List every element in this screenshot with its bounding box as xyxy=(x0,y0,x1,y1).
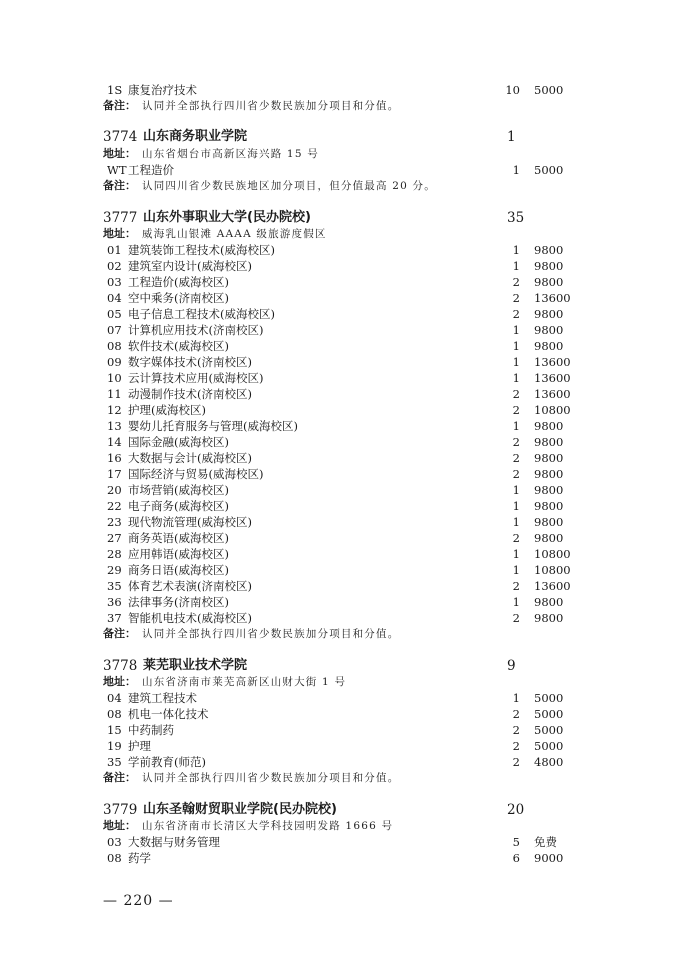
table-row: 08机电一体化技术25000 xyxy=(0,706,680,722)
major-code: 27 xyxy=(107,530,122,546)
major-name: 学前教育(师范) xyxy=(128,754,206,770)
major-code: 36 xyxy=(107,594,122,610)
major-name: 电子信息工程技术(威海校区) xyxy=(128,306,275,322)
major-code: 10 xyxy=(107,370,122,386)
address-line: 地址： 山东省济南市长清区大学科技园明发路 1666 号 xyxy=(0,818,680,834)
major-count: 1 xyxy=(480,514,520,530)
note-label: 备注： xyxy=(103,770,136,786)
major-fee: 9800 xyxy=(534,306,563,322)
note-text: 认同四川省少数民族地区加分项目，但分值最高 20 分。 xyxy=(142,178,436,194)
major-name: 机电一体化技术 xyxy=(128,706,209,722)
table-row: 10云计算技术应用(威海校区)113600 xyxy=(0,370,680,386)
major-count: 1 xyxy=(480,690,520,706)
school-header: 3777 山东外事职业大学(民办院校) 35 xyxy=(0,208,680,228)
major-name: 国际经济与贸易(威海校区) xyxy=(128,466,263,482)
major-code: 16 xyxy=(107,450,122,466)
major-code: 03 xyxy=(107,274,122,290)
table-row: 03工程造价(威海校区)29800 xyxy=(0,274,680,290)
major-name: 护理 xyxy=(128,738,151,754)
major-fee: 10800 xyxy=(534,546,571,562)
major-name: 现代物流管理(威海校区) xyxy=(128,514,252,530)
major-code: 02 xyxy=(107,258,122,274)
table-row: 36法律事务(济南校区)19800 xyxy=(0,594,680,610)
note-label: 备注： xyxy=(103,626,136,642)
note-text: 认同并全部执行四川省少数民族加分项目和分值。 xyxy=(142,770,399,786)
note-line: 备注： 认同并全部执行四川省少数民族加分项目和分值。 xyxy=(0,626,680,642)
major-code: 22 xyxy=(107,498,122,514)
major-code: 08 xyxy=(107,338,122,354)
table-row: 17国际经济与贸易(威海校区)29800 xyxy=(0,466,680,482)
school-header: 3778 莱芜职业技术学院 9 xyxy=(0,656,680,676)
major-code: 35 xyxy=(107,754,122,770)
major-count: 2 xyxy=(480,450,520,466)
major-name: 康复治疗技术 xyxy=(128,82,197,98)
school-header: 3774 山东商务职业学院 1 xyxy=(0,127,680,147)
major-fee: 9800 xyxy=(534,498,563,514)
major-code: 37 xyxy=(107,610,122,626)
major-code: 09 xyxy=(107,354,122,370)
school-name: 山东圣翰财贸职业学院(民办院校) xyxy=(143,800,337,820)
major-count: 2 xyxy=(480,578,520,594)
major-count: 2 xyxy=(480,274,520,290)
major-code: 08 xyxy=(107,850,122,866)
major-count: 2 xyxy=(480,434,520,450)
major-count: 1 xyxy=(480,418,520,434)
address-text: 山东省济南市莱芜高新区山财大街 1 号 xyxy=(142,674,346,690)
table-row: WT 工程造价 1 5000 xyxy=(0,162,680,178)
major-fee: 4800 xyxy=(534,754,563,770)
major-count: 2 xyxy=(480,722,520,738)
table-row: 15中药制药25000 xyxy=(0,722,680,738)
school-count: 35 xyxy=(507,208,524,228)
address-text: 山东省烟台市高新区海兴路 15 号 xyxy=(142,146,319,162)
school-code: 3779 xyxy=(103,800,137,820)
major-fee: 9800 xyxy=(534,450,563,466)
page-number: — 220 — xyxy=(103,893,174,909)
table-row: 04建筑工程技术15000 xyxy=(0,690,680,706)
major-fee: 5000 xyxy=(534,706,563,722)
address-label: 地址： xyxy=(103,818,136,834)
note-line: 备注： 认同四川省少数民族地区加分项目，但分值最高 20 分。 xyxy=(0,178,680,194)
major-fee: 9000 xyxy=(534,850,563,866)
major-count: 2 xyxy=(480,754,520,770)
major-code: 14 xyxy=(107,434,122,450)
major-fee: 5000 xyxy=(534,162,563,178)
major-name: 建筑工程技术 xyxy=(128,690,197,706)
table-row: 12护理(威海校区)210800 xyxy=(0,402,680,418)
note-line: 备注： 认同并全部执行四川省少数民族加分项目和分值。 xyxy=(0,98,680,114)
address-label: 地址： xyxy=(103,226,136,242)
major-fee: 9800 xyxy=(534,338,563,354)
major-fee: 5000 xyxy=(534,722,563,738)
major-fee: 10800 xyxy=(534,562,571,578)
school-count: 1 xyxy=(507,127,516,147)
major-count: 1 xyxy=(480,322,520,338)
major-fee: 9800 xyxy=(534,466,563,482)
table-row: 19护理25000 xyxy=(0,738,680,754)
school-name: 莱芜职业技术学院 xyxy=(143,656,247,676)
major-name: 大数据与财务管理 xyxy=(128,834,220,850)
address-line: 地址： 山东省济南市莱芜高新区山财大街 1 号 xyxy=(0,674,680,690)
major-count: 1 xyxy=(480,354,520,370)
major-name: 建筑室内设计(威海校区) xyxy=(128,258,252,274)
major-code: 29 xyxy=(107,562,122,578)
table-row: 37智能机电技术(威海校区)29800 xyxy=(0,610,680,626)
major-fee: 9800 xyxy=(534,242,563,258)
table-row: 27商务英语(威海校区)29800 xyxy=(0,530,680,546)
major-count: 2 xyxy=(480,402,520,418)
major-count: 2 xyxy=(480,530,520,546)
major-fee: 9800 xyxy=(534,274,563,290)
major-fee: 13600 xyxy=(534,578,571,594)
major-name: 工程造价(威海校区) xyxy=(128,274,229,290)
major-code: 20 xyxy=(107,482,122,498)
major-name: 云计算技术应用(威海校区) xyxy=(128,370,263,386)
major-name: 国际金融(威海校区) xyxy=(128,434,229,450)
major-name: 法律事务(济南校区) xyxy=(128,594,229,610)
major-code: 11 xyxy=(107,386,122,402)
major-code: 28 xyxy=(107,546,122,562)
table-row: 22电子商务(威海校区)19800 xyxy=(0,498,680,514)
major-count: 1 xyxy=(480,498,520,514)
major-code: 04 xyxy=(107,690,122,706)
major-code: 01 xyxy=(107,242,122,258)
school-code: 3777 xyxy=(103,208,137,228)
major-fee: 9800 xyxy=(534,482,563,498)
major-name: 动漫制作技术(济南校区) xyxy=(128,386,252,402)
major-code: 13 xyxy=(107,418,122,434)
major-count: 5 xyxy=(480,834,520,850)
major-code: 17 xyxy=(107,466,122,482)
major-name: 体育艺术表演(济南校区) xyxy=(128,578,252,594)
major-name: 药学 xyxy=(128,850,151,866)
major-count: 1 xyxy=(480,562,520,578)
major-fee: 9800 xyxy=(534,530,563,546)
table-row: 01建筑装饰工程技术(威海校区)19800 xyxy=(0,242,680,258)
major-name: 大数据与会计(威海校区) xyxy=(128,450,252,466)
table-row: 08药学69000 xyxy=(0,850,680,866)
major-code: 1S xyxy=(107,82,122,98)
table-row: 13婴幼儿托育服务与管理(威海校区)19800 xyxy=(0,418,680,434)
table-row: 1S 康复治疗技术 10 5000 xyxy=(0,82,680,98)
table-row: 02建筑室内设计(威海校区)19800 xyxy=(0,258,680,274)
major-fee: 9800 xyxy=(534,258,563,274)
major-count: 10 xyxy=(480,82,520,98)
major-count: 1 xyxy=(480,370,520,386)
major-fee: 13600 xyxy=(534,386,571,402)
table-row: 08软件技术(威海校区)19800 xyxy=(0,338,680,354)
school-name: 山东外事职业大学(民办院校) xyxy=(143,208,311,228)
major-fee: 5000 xyxy=(534,738,563,754)
note-text: 认同并全部执行四川省少数民族加分项目和分值。 xyxy=(142,626,399,642)
table-row: 03大数据与财务管理5免费 xyxy=(0,834,680,850)
address-label: 地址： xyxy=(103,674,136,690)
major-code: 08 xyxy=(107,706,122,722)
major-code: 07 xyxy=(107,322,122,338)
major-name: 智能机电技术(威海校区) xyxy=(128,610,252,626)
major-name: 工程造价 xyxy=(128,162,174,178)
major-fee: 10800 xyxy=(534,402,571,418)
major-count: 2 xyxy=(480,386,520,402)
major-count: 2 xyxy=(480,290,520,306)
major-count: 2 xyxy=(480,466,520,482)
address-label: 地址： xyxy=(103,146,136,162)
major-name: 软件技术(威海校区) xyxy=(128,338,229,354)
major-fee: 13600 xyxy=(534,370,571,386)
major-fee: 9800 xyxy=(534,514,563,530)
major-fee: 9800 xyxy=(534,610,563,626)
table-row: 35体育艺术表演(济南校区)213600 xyxy=(0,578,680,594)
major-name: 计算机应用技术(济南校区) xyxy=(128,322,263,338)
major-count: 2 xyxy=(480,706,520,722)
school-name: 山东商务职业学院 xyxy=(143,127,247,147)
major-code: 03 xyxy=(107,834,122,850)
major-fee: 9800 xyxy=(534,418,563,434)
major-count: 1 xyxy=(480,338,520,354)
document-page: 1S 康复治疗技术 10 5000 备注： 认同并全部执行四川省少数民族加分项目… xyxy=(0,0,680,961)
major-name: 建筑装饰工程技术(威海校区) xyxy=(128,242,275,258)
major-fee: 5000 xyxy=(534,690,563,706)
major-code: 23 xyxy=(107,514,122,530)
major-code: 12 xyxy=(107,402,122,418)
major-count: 1 xyxy=(480,162,520,178)
major-code: 15 xyxy=(107,722,122,738)
table-row: 28应用韩语(威海校区)110800 xyxy=(0,546,680,562)
major-name: 护理(威海校区) xyxy=(128,402,206,418)
major-name: 市场营销(威海校区) xyxy=(128,482,229,498)
note-label: 备注： xyxy=(103,178,136,194)
address-text: 威海乳山银滩 AAAA 级旅游度假区 xyxy=(142,226,327,242)
major-count: 2 xyxy=(480,738,520,754)
address-line: 地址： 威海乳山银滩 AAAA 级旅游度假区 xyxy=(0,226,680,242)
major-name: 应用韩语(威海校区) xyxy=(128,546,229,562)
major-fee: 9800 xyxy=(534,594,563,610)
major-name: 商务日语(威海校区) xyxy=(128,562,229,578)
table-row: 20市场营销(威海校区)19800 xyxy=(0,482,680,498)
major-code: 19 xyxy=(107,738,122,754)
table-row: 04空中乘务(济南校区)213600 xyxy=(0,290,680,306)
school-count: 9 xyxy=(507,656,516,676)
address-text: 山东省济南市长清区大学科技园明发路 1666 号 xyxy=(142,818,393,834)
major-fee: 免费 xyxy=(534,834,557,850)
major-fee: 9800 xyxy=(534,434,563,450)
table-row: 07计算机应用技术(济南校区)19800 xyxy=(0,322,680,338)
major-code: WT xyxy=(107,162,127,178)
major-fee: 13600 xyxy=(534,290,571,306)
major-fee: 9800 xyxy=(534,322,563,338)
table-row: 29商务日语(威海校区)110800 xyxy=(0,562,680,578)
major-count: 1 xyxy=(480,546,520,562)
table-row: 05电子信息工程技术(威海校区)29800 xyxy=(0,306,680,322)
major-name: 婴幼儿托育服务与管理(威海校区) xyxy=(128,418,298,434)
major-code: 04 xyxy=(107,290,122,306)
major-count: 1 xyxy=(480,242,520,258)
table-row: 35学前教育(师范)24800 xyxy=(0,754,680,770)
major-count: 1 xyxy=(480,482,520,498)
table-row: 11动漫制作技术(济南校区)213600 xyxy=(0,386,680,402)
school-code: 3774 xyxy=(103,127,137,147)
major-count: 2 xyxy=(480,610,520,626)
major-name: 中药制药 xyxy=(128,722,174,738)
table-row: 23现代物流管理(威海校区)19800 xyxy=(0,514,680,530)
major-count: 2 xyxy=(480,306,520,322)
note-text: 认同并全部执行四川省少数民族加分项目和分值。 xyxy=(142,98,399,114)
major-name: 数字媒体技术(济南校区) xyxy=(128,354,252,370)
school-header: 3779 山东圣翰财贸职业学院(民办院校) 20 xyxy=(0,800,680,820)
note-label: 备注： xyxy=(103,98,136,114)
address-line: 地址： 山东省烟台市高新区海兴路 15 号 xyxy=(0,146,680,162)
note-line: 备注： 认同并全部执行四川省少数民族加分项目和分值。 xyxy=(0,770,680,786)
major-count: 1 xyxy=(480,258,520,274)
major-name: 电子商务(威海校区) xyxy=(128,498,229,514)
school-count: 20 xyxy=(507,800,524,820)
table-row: 14国际金融(威海校区)29800 xyxy=(0,434,680,450)
major-fee: 13600 xyxy=(534,354,571,370)
table-row: 16大数据与会计(威海校区)29800 xyxy=(0,450,680,466)
table-row: 09数字媒体技术(济南校区)113600 xyxy=(0,354,680,370)
major-count: 1 xyxy=(480,594,520,610)
major-fee: 5000 xyxy=(534,82,563,98)
major-code: 35 xyxy=(107,578,122,594)
school-code: 3778 xyxy=(103,656,137,676)
major-count: 6 xyxy=(480,850,520,866)
major-name: 空中乘务(济南校区) xyxy=(128,290,229,306)
major-code: 05 xyxy=(107,306,122,322)
major-name: 商务英语(威海校区) xyxy=(128,530,229,546)
